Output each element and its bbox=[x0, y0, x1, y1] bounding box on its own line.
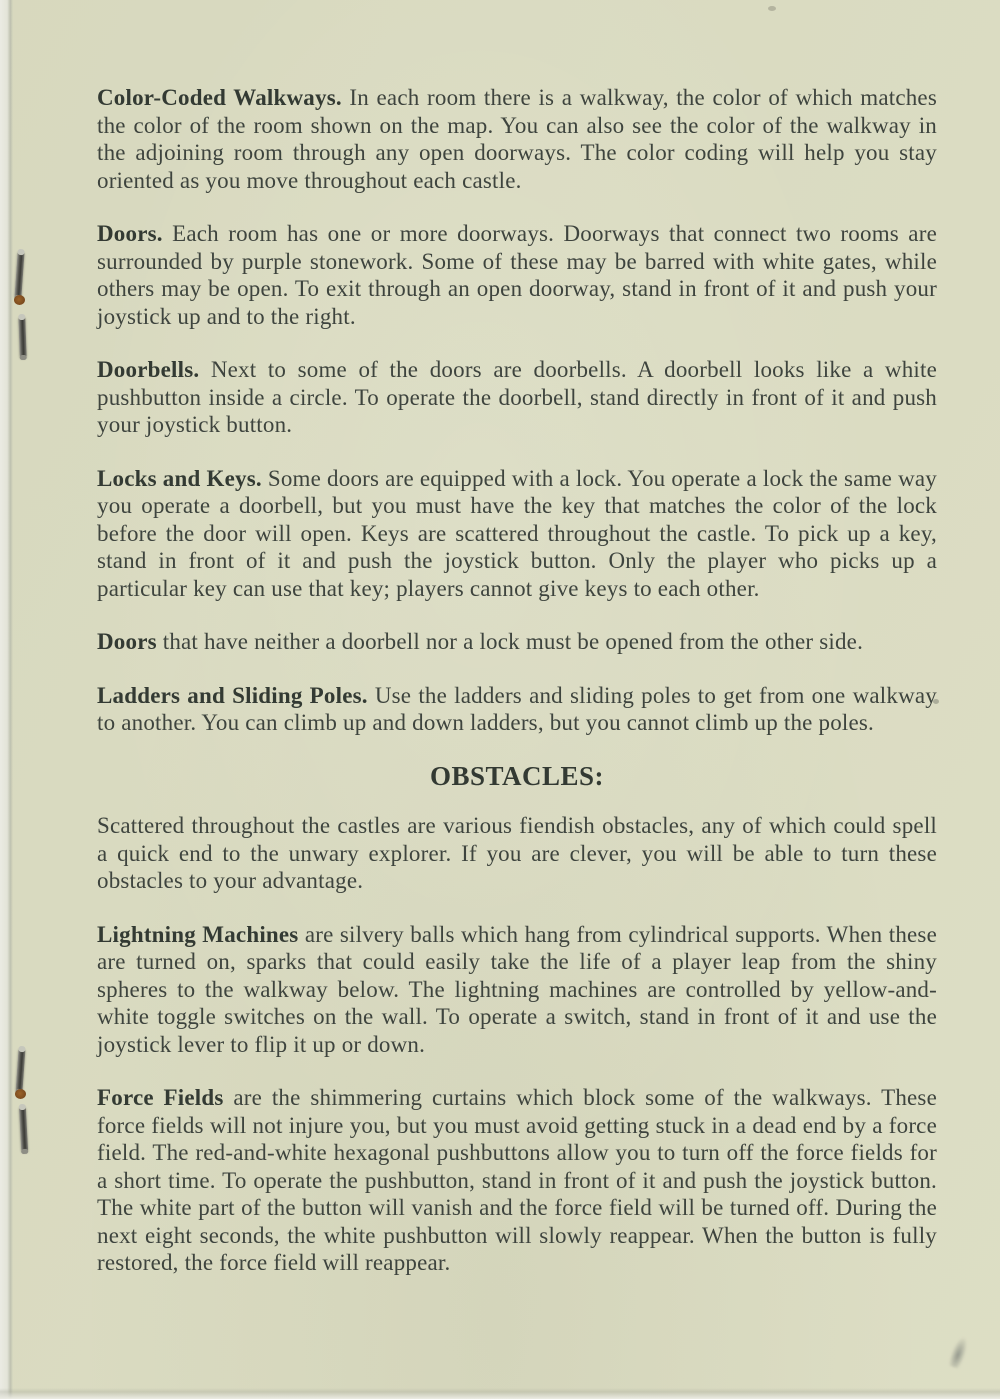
paragraph-lead: Doors. bbox=[97, 221, 163, 246]
page-edge-bottom bbox=[0, 1388, 1000, 1399]
paragraph-force-fields: Force Fields are the shimmering curtains… bbox=[97, 1084, 937, 1277]
paragraph-color-coded-walkways: Color-Coded Walkways. In each room there… bbox=[97, 84, 937, 194]
paragraph-ladders-and-sliding-poles: Ladders and Sliding Poles. Use the ladde… bbox=[97, 682, 937, 737]
page-edge-left bbox=[0, 0, 13, 1399]
paragraph-body: that have neither a doorbell nor a lock … bbox=[163, 629, 863, 654]
paragraph-locks-and-keys: Locks and Keys. Some doors are equipped … bbox=[97, 465, 937, 603]
staple-mark bbox=[14, 251, 24, 298]
staple-mark bbox=[19, 1106, 28, 1152]
paragraph-doorbells: Doorbells. Next to some of the doors are… bbox=[97, 356, 937, 439]
rust-spot bbox=[15, 1089, 26, 1099]
paragraph-lightning-machines: Lightning Machines are silvery balls whi… bbox=[97, 921, 937, 1059]
paragraph-lead: Locks and Keys. bbox=[97, 466, 262, 491]
paragraph-doors: Doors. Each room has one or more doorway… bbox=[97, 220, 937, 330]
staple-mark bbox=[18, 316, 26, 358]
rust-spot bbox=[14, 295, 25, 305]
paragraph-lead: Ladders and Sliding Poles. bbox=[97, 683, 368, 708]
paragraph-lead: Doors bbox=[97, 629, 157, 654]
manual-text-column: Color-Coded Walkways. In each room there… bbox=[97, 84, 937, 1303]
paragraph-body: Scattered throughout the castles are var… bbox=[97, 813, 937, 893]
paragraph-lead: Force Fields bbox=[97, 1085, 224, 1110]
paragraph-lead: Lightning Machines bbox=[97, 922, 298, 947]
paragraph-obstacles-intro: Scattered throughout the castles are var… bbox=[97, 812, 937, 895]
paragraph-lead: Color-Coded Walkways. bbox=[97, 85, 342, 110]
paragraph-lead: Doorbells. bbox=[97, 357, 199, 382]
obstacles-heading: OBSTACLES: bbox=[97, 763, 937, 791]
paragraph-body: Each room has one or more doorways. Door… bbox=[97, 221, 937, 329]
pencil-smudge bbox=[947, 1335, 971, 1370]
scanned-manual-page: Color-Coded Walkways. In each room there… bbox=[0, 0, 1000, 1399]
paragraph-body: Next to some of the doors are doorbells.… bbox=[97, 357, 937, 437]
dust-speck bbox=[768, 6, 776, 11]
staple-mark bbox=[15, 1048, 25, 1092]
paragraph-body: are the shimmering curtains which block … bbox=[97, 1085, 937, 1275]
paragraph-doors-other-side: Doors that have neither a doorbell nor a… bbox=[97, 628, 937, 656]
